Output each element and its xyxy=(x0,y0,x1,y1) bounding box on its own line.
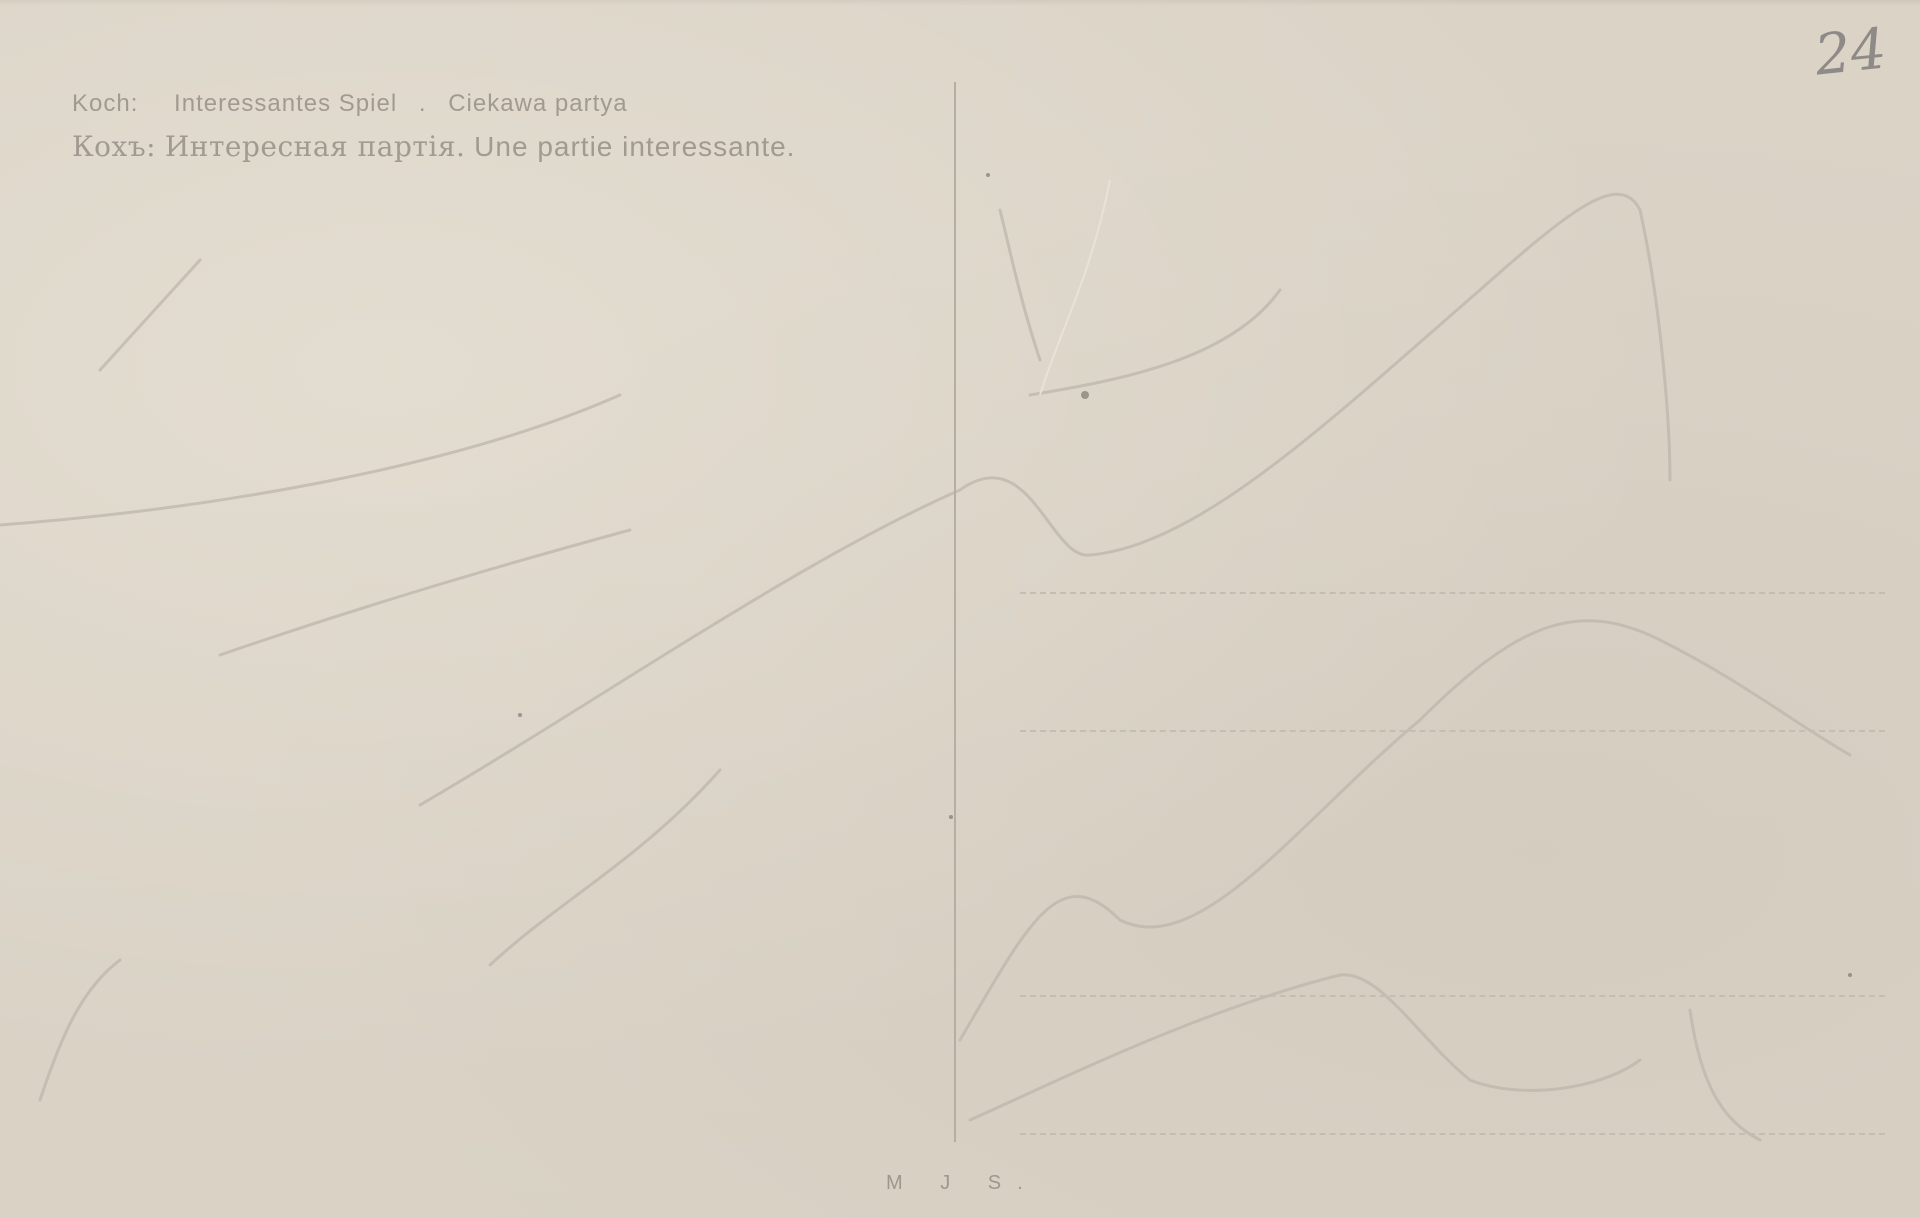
title-polish: Ciekawa partya xyxy=(448,90,627,117)
caption-line-1: Koch: Interessantes Spiel . Ciekawa part… xyxy=(72,90,628,118)
title-french: Une partie interessante. xyxy=(474,131,795,162)
caption-line-2: Кохъ: Интересная партія. Une partie inte… xyxy=(72,130,795,163)
separator: . xyxy=(419,90,427,117)
artist-name: Koch: xyxy=(72,90,138,117)
address-line xyxy=(1020,1133,1885,1135)
handwritten-number: 24 xyxy=(1812,16,1890,88)
title-russian: Интересная партія. xyxy=(165,130,466,163)
postcard-back: Koch: Interessantes Spiel . Ciekawa part… xyxy=(0,0,1920,1218)
address-line xyxy=(1020,592,1885,594)
title-german: Interessantes Spiel xyxy=(174,90,397,117)
address-line xyxy=(1020,995,1885,997)
center-divider xyxy=(954,82,956,1142)
artist-name-russian: Кохъ: xyxy=(72,130,156,163)
pencil-scribbles xyxy=(0,0,1920,1218)
publisher-mark: M J S. xyxy=(886,1172,1039,1195)
address-line xyxy=(1020,730,1885,732)
